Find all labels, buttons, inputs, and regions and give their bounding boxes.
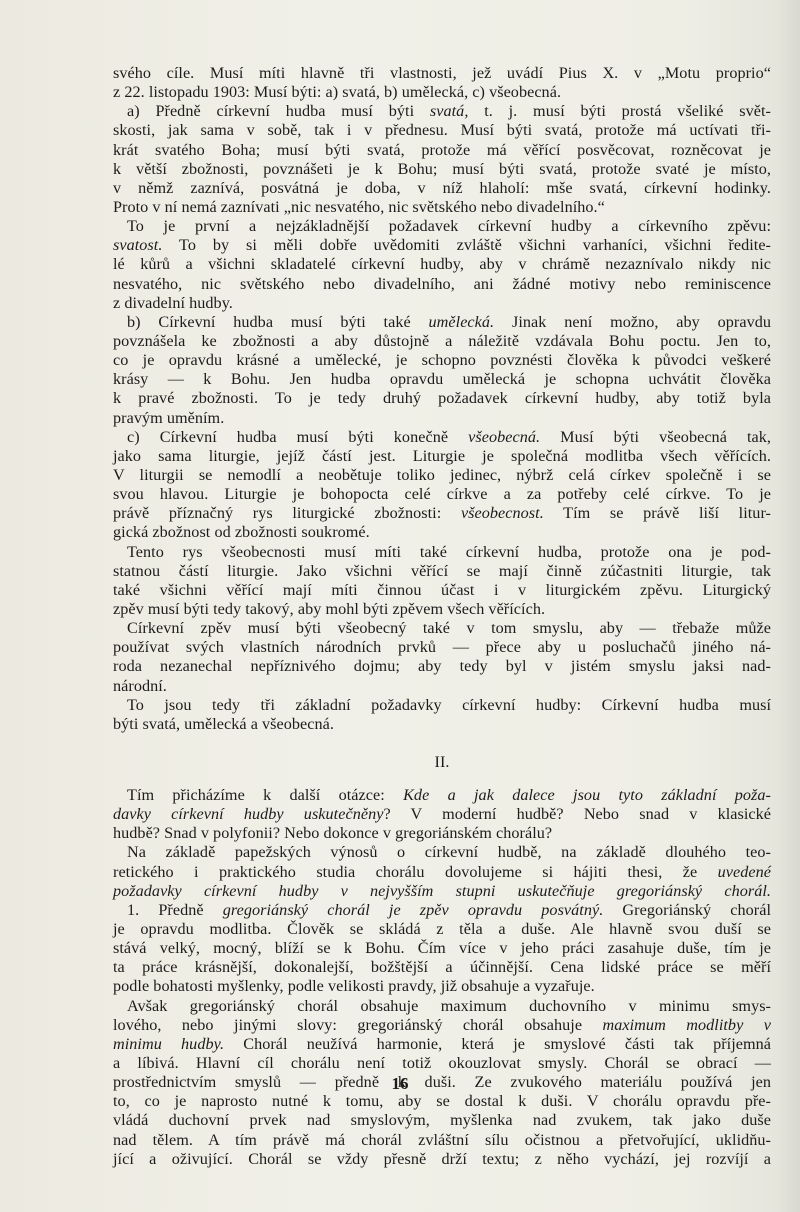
text-line: jako sama liturgie, jejíž částí jest. Li… <box>113 447 771 466</box>
emphasis-text: požadavky církevní hudby v nejvyšším stu… <box>113 882 771 900</box>
text-line: nad tělem. A tím právě má chorál zvláštn… <box>113 1131 771 1150</box>
text-line: používat svých vlastních národních prvků… <box>113 638 771 657</box>
text-line: lového, nebo jinými slovy: gregoriánský … <box>113 1016 771 1035</box>
text-line: Církevní zpěv musí býti všeobecný také v… <box>113 619 771 638</box>
text-line: nesvatého, nic světského nebo divadelníh… <box>113 275 771 294</box>
text-line: k pravé zbožnosti. To je tedy druhý poža… <box>113 389 771 408</box>
text-line: z 22. listopadu 1903: Musí býti: a) svat… <box>113 83 771 102</box>
emphasis-text: minimu hudby. <box>113 1035 224 1053</box>
text-line: ta práce krásnější, dokonalejší, božštěj… <box>113 958 771 977</box>
emphasis-text: gregoriánský chorál je zpěv opravdu posv… <box>223 901 604 919</box>
emphasis-text: Kde a jak dalece jsou tyto základní poža… <box>403 786 771 804</box>
text-line: Proto v ní nemá zaznívati „nic nesvatého… <box>113 198 771 217</box>
text-line: svého cíle. Musí míti hlavně tři vlastno… <box>113 64 771 83</box>
text-line: Tím přicházíme k další otázce: Kde a jak… <box>113 786 771 805</box>
text-line: davky církevní hudby uskutečněny? V mode… <box>113 805 771 824</box>
text-line: býti svatá, umělecká a všeobecná. <box>113 715 771 734</box>
text-line: V liturgii se nemodlí a neobětuje toliko… <box>113 466 771 485</box>
text-line: skosti, jak sama v sobě, tak i v přednes… <box>113 121 771 140</box>
text-line: statnou částí liturgie. Jako všichni věř… <box>113 562 771 581</box>
section-two-text: Tím přicházíme k další otázce: Kde a jak… <box>113 786 771 1169</box>
text-line: je opravdu modlitba. Člověk se skládá z … <box>113 920 771 939</box>
page-body: svého cíle. Musí míti hlavně tři vlastno… <box>113 64 771 1169</box>
text-line: zpěv musí býti tedy takový, aby mohl být… <box>113 600 771 619</box>
emphasis-text: všeobecnost. <box>461 504 544 522</box>
text-line: pravým uměním. <box>113 409 771 428</box>
text-line: 1. Předně gregoriánský chorál je zpěv op… <box>113 901 771 920</box>
text-line: roda nezanechal nepříznivého dojmu; aby … <box>113 657 771 676</box>
text-line: hudbě? Snad v polyfonii? Nebo dokonce v … <box>113 824 771 843</box>
section-one-text: svého cíle. Musí míti hlavně tři vlastno… <box>113 64 771 734</box>
text-line: krát svatého Boha; musí býti svatá, prot… <box>113 141 771 160</box>
text-line: a) Předně církevní hudba musí býti svatá… <box>113 102 771 121</box>
text-line: svatost. To by si měli dobře uvědomiti z… <box>113 236 771 255</box>
text-line: v němž zaznívá, posvátná je doba, v níž … <box>113 179 771 198</box>
text-line: c) Církevní hudba musí býti konečně všeo… <box>113 428 771 447</box>
text-line: povznášela ke zbožnosti a aby důstojně a… <box>113 332 771 351</box>
text-line: a líbivá. Hlavní cíl chorálu není totiž … <box>113 1054 771 1073</box>
text-line: lé kůrů a všichni skladatelé církevní hu… <box>113 255 771 274</box>
text-line: z divadelní hudby. <box>113 294 771 313</box>
text-line: b) Církevní hudba musí býti také uměleck… <box>113 313 771 332</box>
text-line: stává velký, mocný, blíží se k Bohu. Čím… <box>113 939 771 958</box>
emphasis-text: davky církevní hudby uskutečněny <box>113 805 383 823</box>
text-line: požadavky církevní hudby v nejvyšším stu… <box>113 882 771 901</box>
book-page: svého cíle. Musí míti hlavně tři vlastno… <box>0 0 800 1212</box>
emphasis-text: maximum modlitby v <box>603 1016 771 1034</box>
emphasis-text: uvedené <box>718 863 771 881</box>
text-line: gická zbožnost od zbožnosti soukromé. <box>113 523 771 542</box>
text-line: to, co je naprosto nutné k tomu, aby se … <box>113 1092 771 1111</box>
text-line: svou hlavou. Liturgie je bohopocta celé … <box>113 485 771 504</box>
text-line: právě příznačný rys liturgické zbožnosti… <box>113 504 771 523</box>
text-line: krásy — k Bohu. Jen hudba opravdu umělec… <box>113 370 771 389</box>
page-number: 16 <box>0 1074 800 1094</box>
text-line: také všichni věřící mají míti činnou úča… <box>113 581 771 600</box>
section-heading: II. <box>113 753 771 772</box>
emphasis-text: svatost. <box>113 236 162 254</box>
text-line: minimu hudby. Chorál neužívá harmonie, k… <box>113 1035 771 1054</box>
text-line: jící a oživující. Chorál se vždy přesně … <box>113 1150 771 1169</box>
text-line: vládá duchovní prvek nad smyslovým, myšl… <box>113 1111 771 1130</box>
text-line: Na základě papežských výnosů o církevní … <box>113 843 771 862</box>
text-line: Avšak gregoriánský chorál obsahuje maxim… <box>113 997 771 1016</box>
text-line: To jsou tedy tři základní požadavky círk… <box>113 696 771 715</box>
text-line: To je první a nejzákladnější požadavek c… <box>113 217 771 236</box>
text-line: Tento rys všeobecnosti musí míti také cí… <box>113 543 771 562</box>
text-line: podle bohatosti myšlenky, podle velikost… <box>113 977 771 996</box>
emphasis-text: umělecká. <box>429 313 495 331</box>
text-line: národní. <box>113 677 771 696</box>
emphasis-text: svatá, <box>430 102 469 120</box>
text-line: k větší zbožnosti, povznášeti je k Bohu;… <box>113 160 771 179</box>
text-line: retického i praktického studia chorálu d… <box>113 863 771 882</box>
text-line: co je opravdu krásné a umělecké, je scho… <box>113 351 771 370</box>
emphasis-text: všeobecná. <box>468 428 540 446</box>
